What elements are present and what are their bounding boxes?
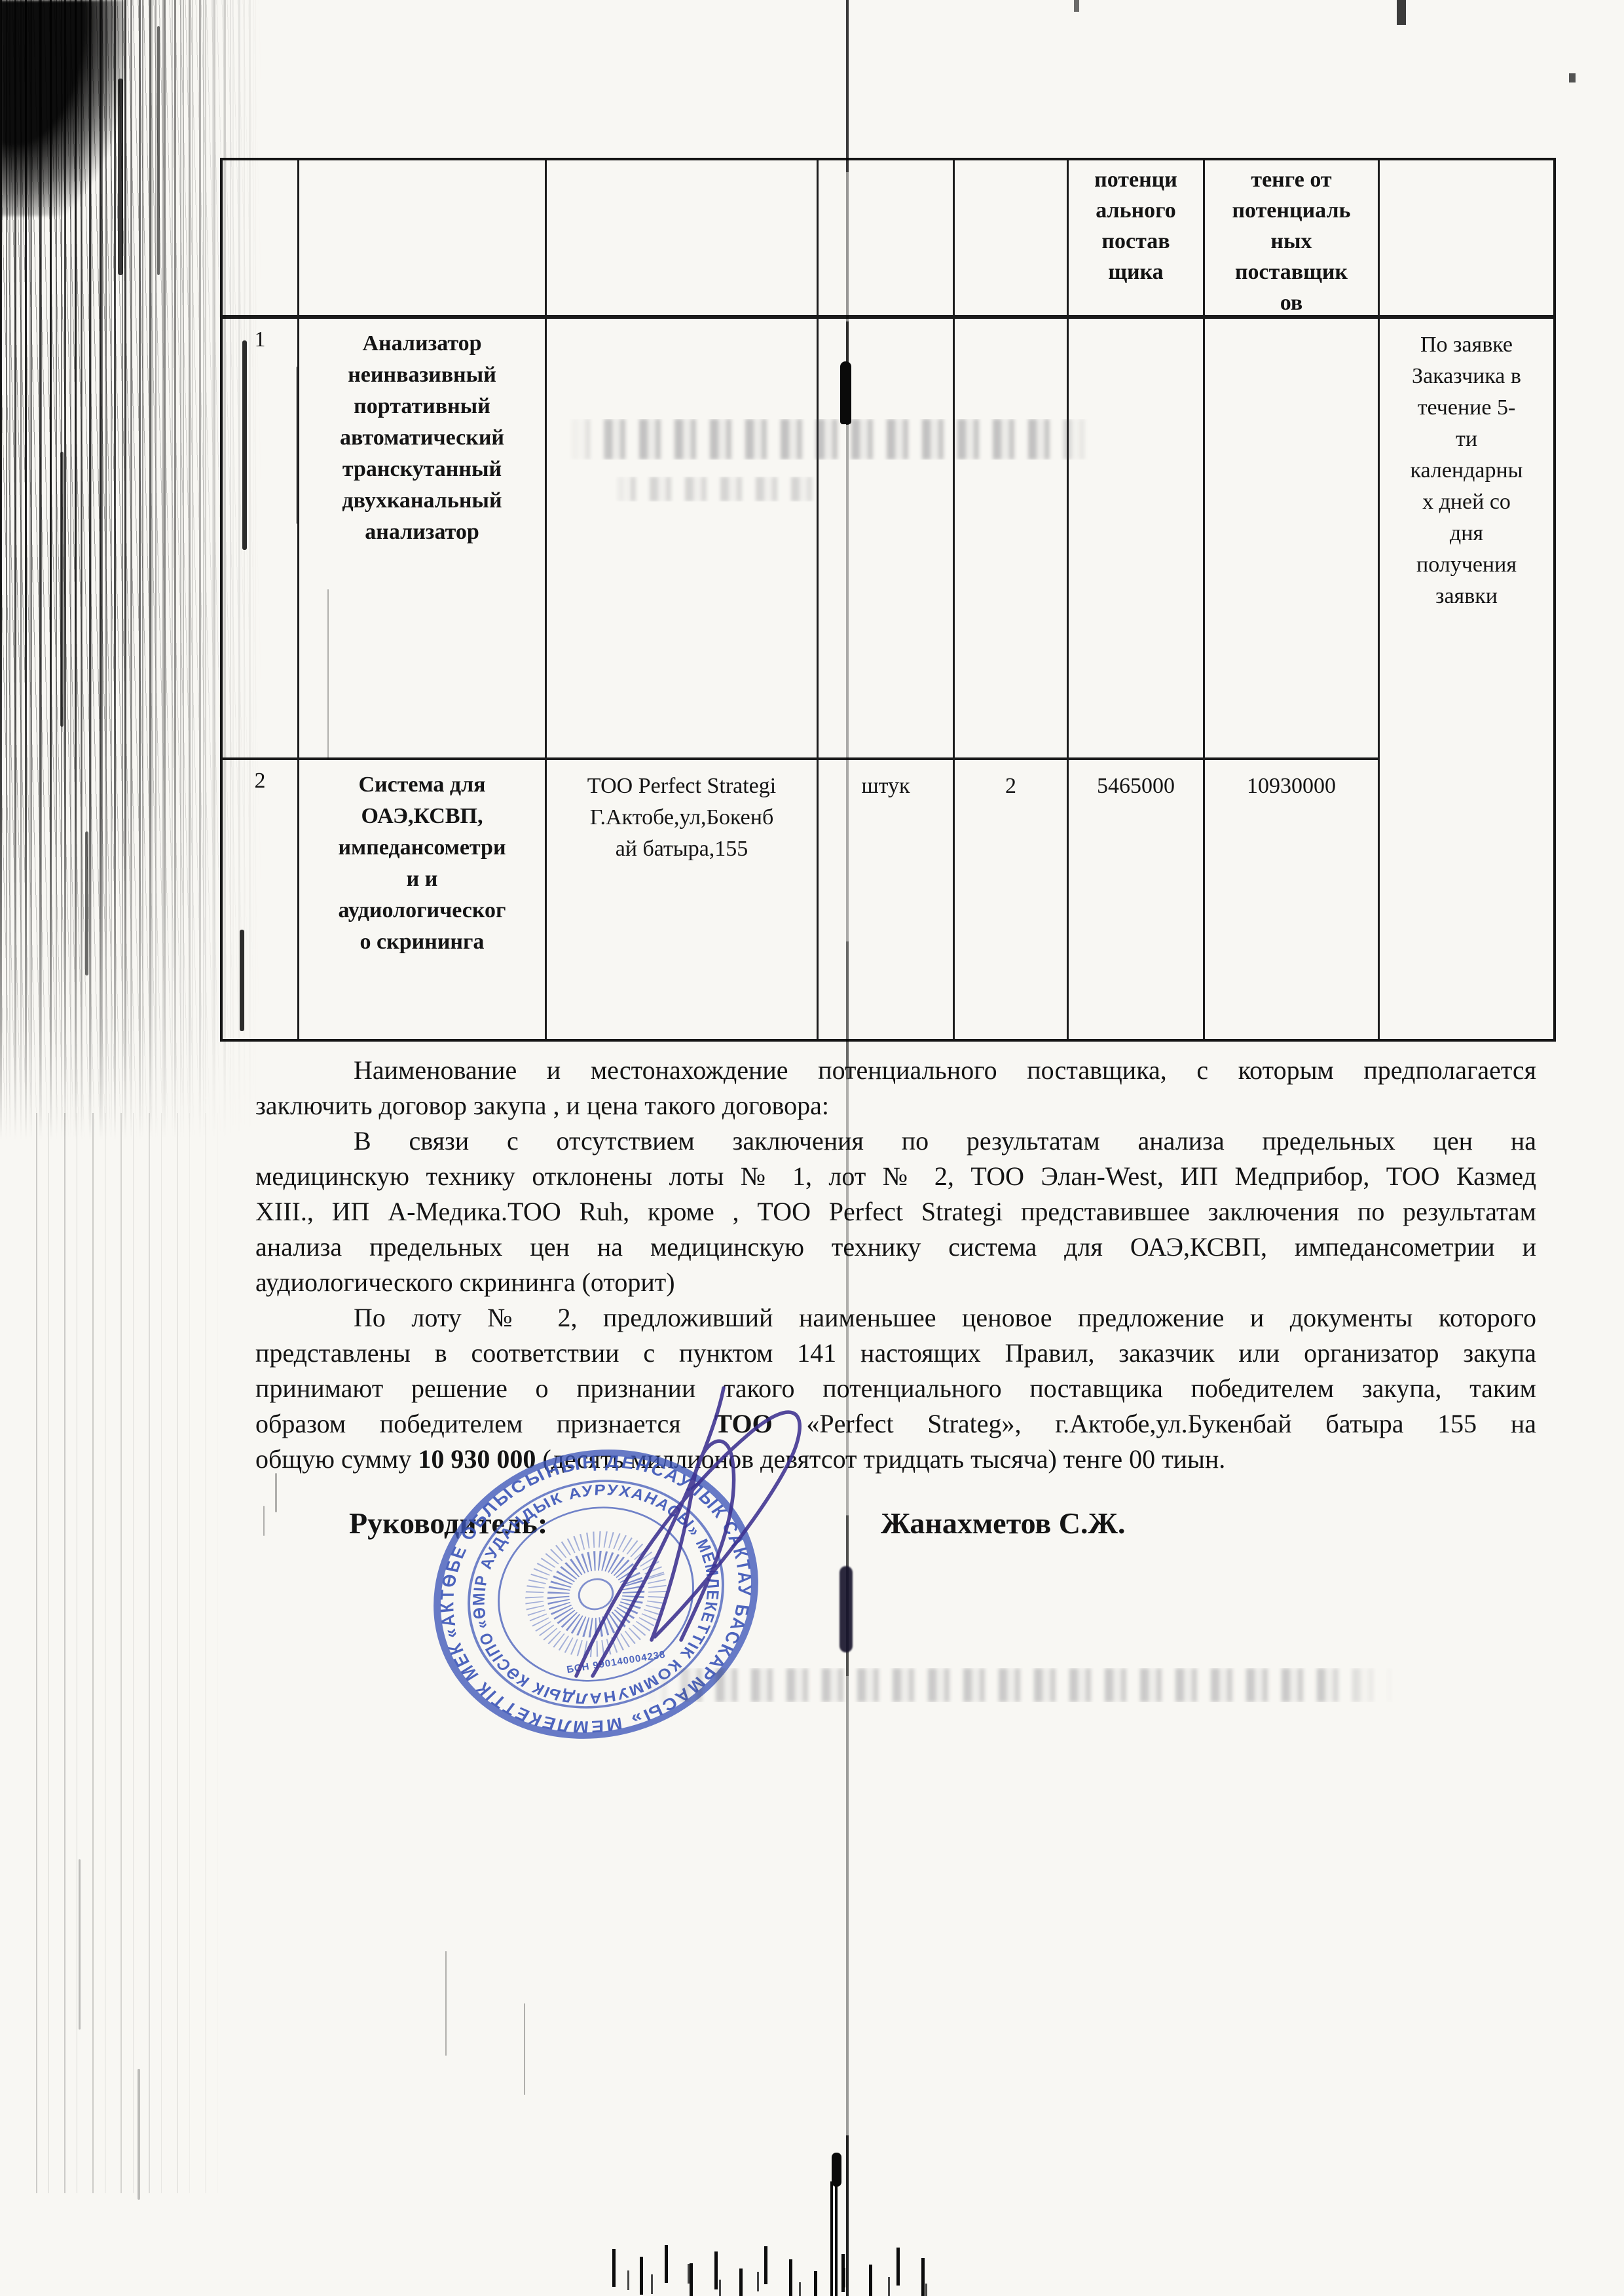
table-row1-price [1069,319,1205,760]
scan-streak [263,1506,265,1536]
table-row2-total: 10930000 [1205,760,1380,1039]
table-row1-num: 1 [223,319,299,760]
header-cell-name [299,160,547,319]
scan-streak [60,452,64,727]
scan-streak [79,1859,81,2030]
illegible-pencil-marks [614,477,826,501]
scan-streak [275,1473,277,1512]
scan-streak [138,2069,140,2200]
table-row2-unit: штук [819,760,955,1039]
table-row2-supplier: ТОО Perfect Strategi Г.Актобе,ул,Бокенб … [547,760,819,1039]
bottom-dash-marks [627,2270,629,2290]
illegible-pencil-marks [645,1668,1395,1702]
header-cell-num [223,160,299,319]
table-row1-terms: По заявке Заказчика в течение 5- ти кале… [1380,319,1553,1039]
scan-streak [85,831,88,975]
table-row1-total [1205,319,1380,760]
body-line: анализа предельных цен на медицинскую те… [255,1230,1536,1265]
fold-bottom-segment [830,2181,841,2296]
scan-tick [1074,0,1079,12]
body-line: XIII., ИП А-Медика.ТОО Ruh, кроме , ТОО … [255,1194,1536,1230]
procurement-table: потенци ального постав щика тенге от пот… [220,158,1556,1042]
body-line: аудиологического скрининга (оторит) [255,1265,1536,1300]
table-row1-supplier [547,319,819,760]
table-row1-qty [955,319,1069,760]
header-cell-price: потенци ального постав щика [1069,160,1205,319]
signatory-name: Жанахметов С.Ж. [881,1506,1125,1540]
table-row2-qty: 2 [955,760,1069,1039]
body-line: В связи с отсутствием заключения по резу… [255,1123,1536,1159]
scanned-document-page: потенци ального постав щика тенге от пот… [0,0,1624,2296]
header-cell-unit [819,160,955,319]
scan-tick [1397,0,1406,25]
body-line: представлены в соответствии с пунктом 14… [255,1336,1536,1371]
scan-streak [242,340,247,550]
scan-streak [445,1951,447,2056]
body-line: медицинскую технику отклонены лоты № 1, … [255,1159,1536,1194]
body-line: Наименование и местонахождение потенциал… [255,1053,1536,1088]
scan-tick [1569,73,1576,82]
table-row1-name: Анализатор неинвазивный портативный авто… [299,319,547,760]
bottom-dash-marks [612,2249,616,2287]
header-cell-qty [955,160,1069,319]
fold-ink-blob [832,2153,841,2187]
table-row2-price: 5465000 [1069,760,1205,1039]
scan-streak [157,26,160,275]
header-cell-supplier [547,160,819,319]
scan-streak [118,79,123,275]
scan-streak [327,589,329,759]
table-row1-unit [819,319,955,760]
lower-left-scan-noise [36,1113,232,2193]
scan-streak [240,930,244,1031]
scan-streak [296,367,298,524]
header-cell-total: тенге от потенциаль ных поставщик ов [1205,160,1380,319]
corner-scan-blob [0,0,124,216]
body-line: По лоту № 2, предложивший наименьшее цен… [255,1300,1536,1336]
header-cell-terms [1380,160,1553,319]
body-line: заключить договор закупа , и цена такого… [255,1088,1536,1123]
scan-streak [524,2003,525,2095]
table-row2-name: Система для ОАЭ,КСВП, импедансометри и и… [299,760,547,1039]
table-row2-num: 2 [223,760,299,1039]
round-stamp-and-signature: «АКТӨБЕ ОБЛЫСЫНЫҢ ДЕНСАУЛЫК САКТАУ БАСКА… [393,1368,851,1761]
illegible-pencil-marks [568,419,1100,460]
